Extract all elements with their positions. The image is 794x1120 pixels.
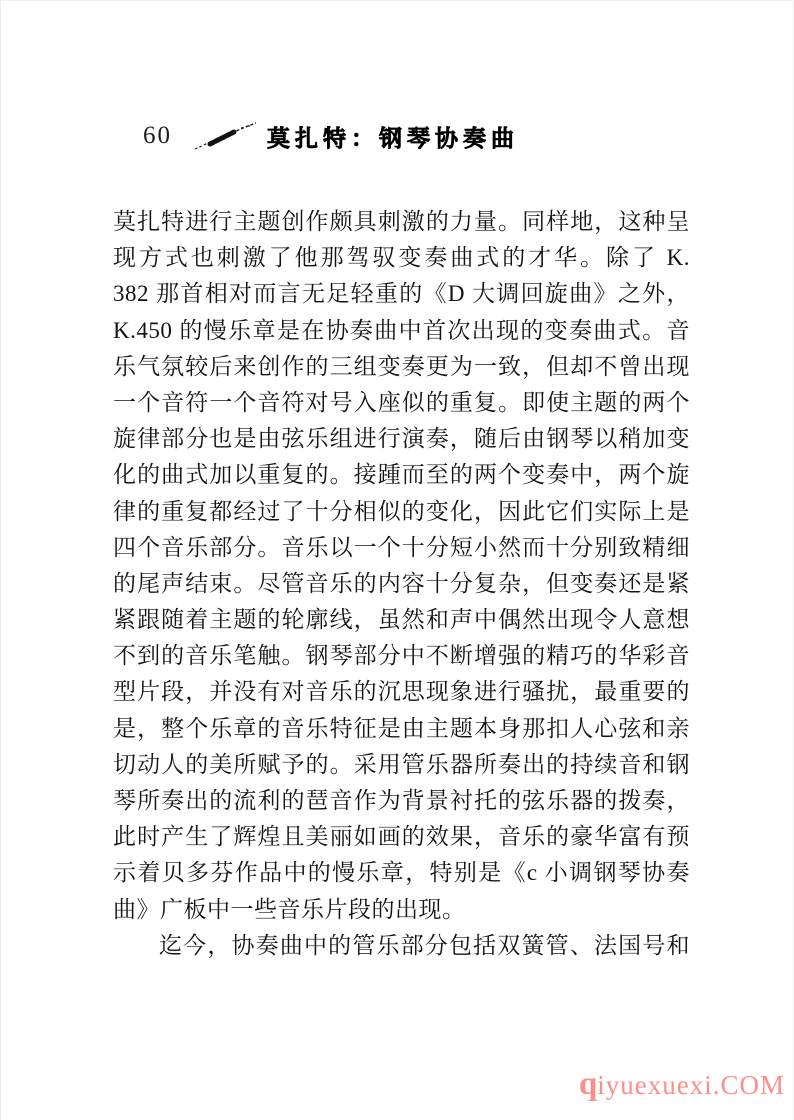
header-title: 莫扎特：钢琴协奏曲	[267, 120, 519, 153]
body-text-line: 旋律部分也是由弦乐组进行演奏，随后由钢琴以稍加变	[113, 421, 690, 457]
body-text-line: 此时产生了辉煌且美丽如画的效果，音乐的豪华富有预	[113, 819, 690, 855]
body-text-line: 382 那首相对而言无足轻重的《D 大调回旋曲》之外，	[113, 276, 690, 312]
body-text-line-paragraph-start: 迄今，协奏曲中的管乐部分包括双簧管、法国号和	[113, 928, 690, 964]
book-page: 60 莫扎特：钢琴协奏曲 莫扎特进行主题创作颇具刺激的力量。同样地，这种呈 现方…	[0, 0, 794, 1120]
watermark-text: iyuexuexi	[597, 1070, 712, 1100]
watermark-q: q	[579, 1066, 597, 1102]
body-text-line: 莫扎特进行主题创作颇具刺激的力量。同样地，这种呈	[113, 204, 690, 240]
body-text-line: 乐气氛较后来创作的三组变奏更为一致，但却不曾出现	[113, 349, 690, 385]
body-text-line: 四个音乐部分。音乐以一个十分短小然而十分别致精细	[113, 530, 690, 566]
site-watermark: qiyuexuexi.COM	[545, 1066, 785, 1102]
body-text-line: 切动人的美所赋予的。采用管乐器所奏出的持续音和钢	[113, 747, 690, 783]
watermark-domain: .COM	[713, 1070, 785, 1100]
body-text-line: 一个音符一个音符对号入座似的重复。即使主题的两个	[113, 385, 690, 421]
body-text-line: 不到的音乐笔触。钢琴部分中不断增强的精巧的华彩音	[113, 638, 690, 674]
body-text-line: 的尾声结束。尽管音乐的内容十分复杂，但变奏还是紧	[113, 566, 690, 602]
body-text-line: 型片段，并没有对音乐的沉思现象进行骚扰，最重要的	[113, 674, 690, 710]
body-text-line: 曲》广板中一些音乐片段的出现。	[113, 892, 690, 928]
body-text-line: 紧跟随着主题的轮廓线，虽然和声中偶然出现令人意想	[113, 602, 690, 638]
body-text-line: 琴所奏出的流利的琶音作为背景衬托的弦乐器的拨奏，	[113, 783, 690, 819]
running-header: 60 莫扎特：钢琴协奏曲	[0, 116, 794, 156]
body-text-line: 现方式也刺激了他那驾驭变奏曲式的才华。除了 K.	[113, 240, 690, 276]
page-number: 60	[143, 122, 172, 150]
body-text-line: 律的重复都经过了十分相似的变化，因此它们实际上是	[113, 494, 690, 530]
body-text-line: 化的曲式加以重复的。接踵而至的两个变奏中，两个旋	[113, 457, 690, 493]
body-text-line: K.450 的慢乐章是在协奏曲中首次出现的变奏曲式。音	[113, 313, 690, 349]
body-text-block: 莫扎特进行主题创作颇具刺激的力量。同样地，这种呈 现方式也刺激了他那驾驭变奏曲式…	[113, 204, 690, 964]
pen-stroke-icon	[192, 120, 262, 154]
body-text-line: 示着贝多芬作品中的慢乐章，特别是《c 小调钢琴协奏	[113, 855, 690, 891]
body-text-line: 是，整个乐章的音乐特征是由主题本身那扣人心弦和亲	[113, 711, 690, 747]
